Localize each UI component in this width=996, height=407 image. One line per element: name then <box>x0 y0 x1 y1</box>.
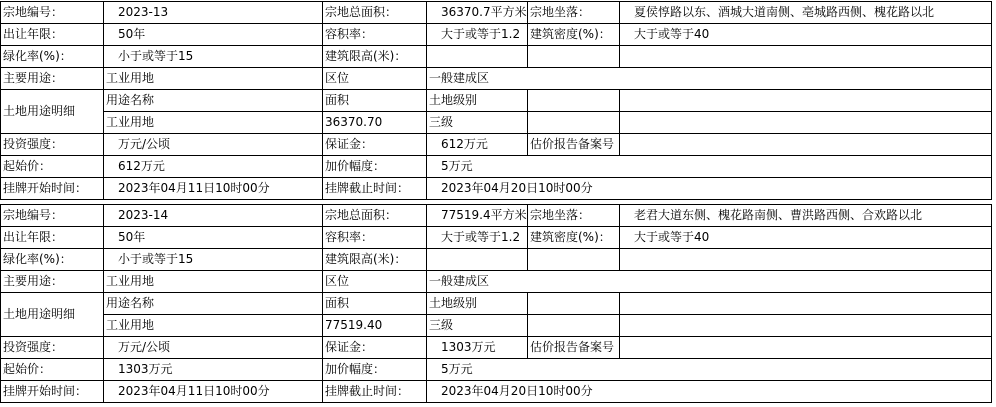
label-cell: 土地级别 <box>427 293 528 315</box>
empty-cell <box>528 112 620 134</box>
value-cell: 工业用地 <box>104 315 323 337</box>
table-row: 起始价： 612万元加价幅度： 5万元 <box>1 156 992 178</box>
empty-cell <box>620 315 992 337</box>
empty-cell <box>528 293 620 315</box>
value-cell: 三级 <box>427 315 528 337</box>
parcel-table: 宗地编号： 2023-13宗地总面积： 36370.7平方米宗地坐落： 夏侯惇路… <box>0 1 992 200</box>
label-cell: 区位 <box>323 68 427 90</box>
label-cell: 宗地总面积： <box>323 2 427 24</box>
empty-cell <box>528 46 620 68</box>
label-cell: 起始价： <box>1 156 104 178</box>
empty-cell <box>620 46 992 68</box>
label-cell: 投资强度： <box>1 337 104 359</box>
value-cell: 大于或等于1.2 <box>427 227 528 249</box>
empty-cell <box>620 293 992 315</box>
label-cell: 宗地坐落： <box>528 2 620 24</box>
table-row: 主要用途：工业用地区位一般建成区 <box>1 68 992 90</box>
label-cell: 宗地编号： <box>1 205 104 227</box>
label-cell: 加价幅度： <box>323 359 427 381</box>
value-cell: 2023年04月20日10时00分 <box>427 178 992 200</box>
label-cell: 用途名称 <box>104 90 323 112</box>
value-cell: 夏侯惇路以东、酒城大道南侧、亳城路西侧、槐花路以北 <box>620 2 992 24</box>
label-cell: 挂牌截止时间： <box>323 178 427 200</box>
value-cell: 老君大道东侧、槐花路南侧、曹洪路西侧、合欢路以北 <box>620 205 992 227</box>
value-cell: 1303万元 <box>104 359 323 381</box>
value-cell: 5万元 <box>427 359 992 381</box>
table-row: 土地用途明细用途名称面积土地级别 <box>1 293 992 315</box>
table-row: 宗地编号： 2023-13宗地总面积： 36370.7平方米宗地坐落： 夏侯惇路… <box>1 2 992 24</box>
value-cell: 50年 <box>104 24 323 46</box>
table-row: 挂牌开始时间： 2023年04月11日10时00分挂牌截止时间： 2023年04… <box>1 178 992 200</box>
label-cell: 面积 <box>323 90 427 112</box>
empty-cell <box>620 134 992 156</box>
table-row: 宗地编号： 2023-14宗地总面积： 77519.4平方米宗地坐落： 老君大道… <box>1 205 992 227</box>
value-cell: 77519.4平方米 <box>427 205 528 227</box>
parcel-table-body: 宗地编号： 2023-14宗地总面积： 77519.4平方米宗地坐落： 老君大道… <box>1 205 992 403</box>
empty-cell <box>528 90 620 112</box>
value-cell: 36370.70 <box>323 112 427 134</box>
label-cell: 出让年限： <box>1 24 104 46</box>
label-cell: 绿化率(%)： <box>1 249 104 271</box>
label-cell: 估价报告备案号 <box>528 337 620 359</box>
label-cell: 建筑密度(%)： <box>528 227 620 249</box>
table-row: 工业用地77519.40三级 <box>1 315 992 337</box>
label-cell: 用途名称 <box>104 293 323 315</box>
value-cell: 一般建成区 <box>427 271 992 293</box>
label-cell: 容积率： <box>323 24 427 46</box>
land-auction-listing: 宗地编号： 2023-13宗地总面积： 36370.7平方米宗地坐落： 夏侯惇路… <box>0 0 996 403</box>
label-cell: 建筑密度(%)： <box>528 24 620 46</box>
empty-cell <box>427 46 528 68</box>
label-cell: 加价幅度： <box>323 156 427 178</box>
label-cell: 挂牌开始时间： <box>1 178 104 200</box>
label-cell: 挂牌开始时间： <box>1 381 104 403</box>
table-row: 出让年限： 50年容积率： 大于或等于1.2建筑密度(%)： 大于或等于40 <box>1 227 992 249</box>
label-cell: 起始价： <box>1 359 104 381</box>
table-row: 土地用途明细用途名称面积土地级别 <box>1 90 992 112</box>
label-cell: 估价报告备案号 <box>528 134 620 156</box>
value-cell: 2023-13 <box>104 2 323 24</box>
value-cell: 1303万元 <box>427 337 528 359</box>
value-cell: 万元/公顷 <box>104 134 323 156</box>
value-cell: 一般建成区 <box>427 68 992 90</box>
value-cell: 77519.40 <box>323 315 427 337</box>
table-row: 绿化率(%)： 小于或等于15建筑限高(米)： <box>1 249 992 271</box>
empty-cell <box>620 337 992 359</box>
label-cell: 建筑限高(米)： <box>323 249 427 271</box>
table-row: 投资强度： 万元/公顷保证金： 1303万元估价报告备案号 <box>1 337 992 359</box>
empty-cell <box>620 90 992 112</box>
value-cell: 2023-14 <box>104 205 323 227</box>
value-cell: 612万元 <box>104 156 323 178</box>
empty-cell <box>528 249 620 271</box>
label-cell: 主要用途： <box>1 68 104 90</box>
parcel-table-body: 宗地编号： 2023-13宗地总面积： 36370.7平方米宗地坐落： 夏侯惇路… <box>1 2 992 200</box>
value-cell: 612万元 <box>427 134 528 156</box>
label-cell: 建筑限高(米)： <box>323 46 427 68</box>
table-row: 出让年限： 50年容积率： 大于或等于1.2建筑密度(%)： 大于或等于40 <box>1 24 992 46</box>
value-cell: 工业用地 <box>104 112 323 134</box>
value-cell: 小于或等于15 <box>104 46 323 68</box>
value-cell: 小于或等于15 <box>104 249 323 271</box>
empty-cell <box>528 315 620 337</box>
value-cell: 万元/公顷 <box>104 337 323 359</box>
table-row: 投资强度： 万元/公顷保证金： 612万元估价报告备案号 <box>1 134 992 156</box>
table-row: 主要用途：工业用地区位一般建成区 <box>1 271 992 293</box>
label-cell: 土地级别 <box>427 90 528 112</box>
value-cell: 5万元 <box>427 156 992 178</box>
parcel-table: 宗地编号： 2023-14宗地总面积： 77519.4平方米宗地坐落： 老君大道… <box>0 204 992 403</box>
value-cell: 36370.7平方米 <box>427 2 528 24</box>
empty-cell <box>427 249 528 271</box>
label-cell: 主要用途： <box>1 271 104 293</box>
label-cell: 土地用途明细 <box>1 90 104 134</box>
value-cell: 50年 <box>104 227 323 249</box>
value-cell: 三级 <box>427 112 528 134</box>
label-cell: 出让年限： <box>1 227 104 249</box>
table-row: 工业用地36370.70三级 <box>1 112 992 134</box>
label-cell: 保证金： <box>323 337 427 359</box>
label-cell: 宗地编号： <box>1 2 104 24</box>
label-cell: 宗地坐落： <box>528 205 620 227</box>
table-row: 绿化率(%)： 小于或等于15建筑限高(米)： <box>1 46 992 68</box>
value-cell: 工业用地 <box>104 68 323 90</box>
label-cell: 宗地总面积： <box>323 205 427 227</box>
empty-cell <box>620 249 992 271</box>
value-cell: 工业用地 <box>104 271 323 293</box>
table-row: 起始价： 1303万元加价幅度： 5万元 <box>1 359 992 381</box>
table-row: 挂牌开始时间： 2023年04月11日10时00分挂牌截止时间： 2023年04… <box>1 381 992 403</box>
value-cell: 大于或等于1.2 <box>427 24 528 46</box>
label-cell: 土地用途明细 <box>1 293 104 337</box>
label-cell: 保证金： <box>323 134 427 156</box>
value-cell: 2023年04月11日10时00分 <box>104 178 323 200</box>
value-cell: 大于或等于40 <box>620 227 992 249</box>
value-cell: 大于或等于40 <box>620 24 992 46</box>
empty-cell <box>620 112 992 134</box>
label-cell: 绿化率(%)： <box>1 46 104 68</box>
label-cell: 挂牌截止时间： <box>323 381 427 403</box>
label-cell: 区位 <box>323 271 427 293</box>
label-cell: 容积率： <box>323 227 427 249</box>
value-cell: 2023年04月11日10时00分 <box>104 381 323 403</box>
label-cell: 投资强度： <box>1 134 104 156</box>
value-cell: 2023年04月20日10时00分 <box>427 381 992 403</box>
label-cell: 面积 <box>323 293 427 315</box>
